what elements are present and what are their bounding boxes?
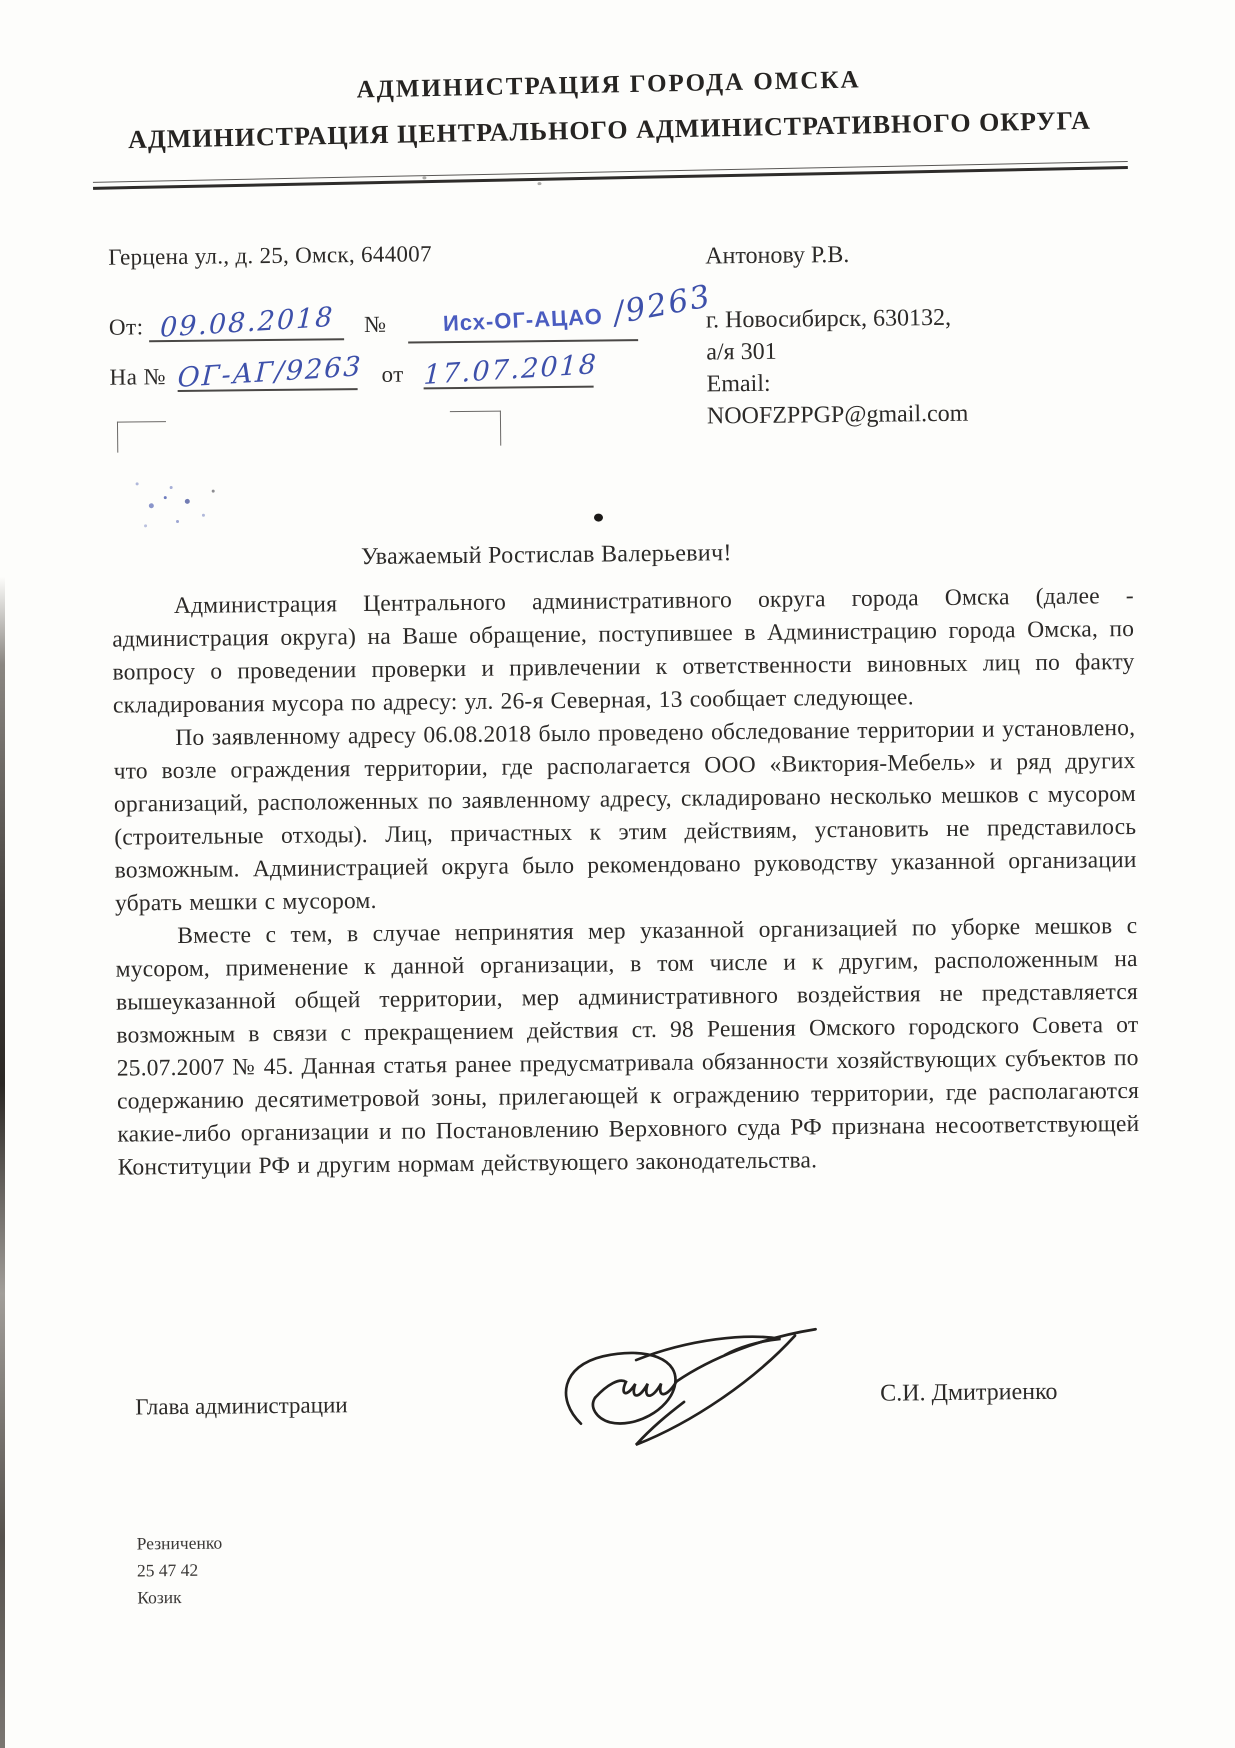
from-date-blank: 09.08.2018	[149, 308, 344, 342]
reply-date-blank: 17.07.2018	[423, 356, 593, 390]
signer-title: Глава администрации	[135, 1392, 348, 1420]
from-label: От:	[109, 314, 144, 339]
reply-label: На №	[109, 364, 166, 390]
executor-name: Резниченко	[137, 1530, 223, 1558]
recipient-name: Антонову Р.В.	[705, 236, 1125, 272]
address-zone-bracket-right	[450, 411, 501, 447]
recipient-email: NOOFZPPGP@gmail.com	[707, 396, 1127, 432]
outgoing-number-stamp: Исх-ОГ-АЦАО	[443, 304, 604, 337]
letter-body: Администрация Центрального административ…	[112, 580, 1140, 1185]
body-paragraph-3: Вместе с тем, в случае непринятия мер ук…	[115, 910, 1140, 1185]
signature-svg	[534, 1319, 846, 1472]
scanned-letter-page: АДМИНИСТРАЦИЯ ГОРОДА ОМСКА АДМИНИСТРАЦИЯ…	[0, 0, 1235, 1748]
org-name-line2: АДМИНИСТРАЦИЯ ЦЕНТРАЛЬНОГО АДМИНИСТРАТИВ…	[0, 103, 1227, 158]
outgoing-reference-line: От: 09.08.2018 № Исх-ОГ-АЦАО/9263	[109, 305, 689, 347]
reply-date-handwritten: 17.07.2018	[423, 349, 599, 391]
executor-name-2: Козик	[137, 1584, 223, 1612]
gray-speck-artifact	[537, 182, 541, 185]
scan-skew-wrapper: АДМИНИСТРАЦИЯ ГОРОДА ОМСКА АДМИНИСТРАЦИЯ…	[0, 0, 1235, 1748]
salutation: Уважаемый Ростислав Валерьевич!	[0, 536, 1097, 575]
executor-footer: Резниченко 25 47 42 Козик	[137, 1530, 223, 1612]
letterhead-divider	[93, 161, 1128, 190]
recipient-email-label: Email:	[706, 364, 1126, 400]
incoming-reference-line: На № ОГ-АГ/9263 от 17.07.2018	[109, 355, 689, 393]
number-label: №	[364, 312, 387, 337]
signer-name: С.И. Дмитриенко	[880, 1379, 1058, 1408]
number-blank: Исх-ОГ-АЦАО/9263	[408, 309, 638, 343]
sender-address: Герцена ул., д. 25, Омск, 644007	[108, 239, 688, 271]
body-paragraph-2: По заявленному адресу 06.08.2018 было пр…	[113, 712, 1137, 921]
sender-block: Герцена ул., д. 25, Омск, 644007 От: 09.…	[108, 239, 690, 393]
reply-number-blank: ОГ-АГ/9263	[178, 358, 358, 392]
body-paragraph-1: Администрация Центрального административ…	[112, 580, 1135, 723]
recipient-city: г. Новосибирск, 630132,	[706, 300, 1126, 336]
from-date-handwritten: 09.08.2018	[159, 302, 335, 344]
scan-dot-artifact	[594, 514, 603, 522]
executor-phone: 25 47 42	[137, 1557, 223, 1585]
address-zone-bracket-left	[117, 421, 166, 453]
gray-speck-artifact	[422, 176, 426, 179]
reply-date-label: от	[381, 362, 404, 387]
scan-edge-artifact	[0, 0, 5, 1748]
letterhead: АДМИНИСТРАЦИЯ ГОРОДА ОМСКА АДМИНИСТРАЦИЯ…	[0, 59, 1228, 192]
outgoing-number-handwritten: /9263	[610, 278, 714, 332]
ink-speckles-artifact	[164, 496, 167, 499]
signature-scribble	[534, 1319, 846, 1472]
reply-number-handwritten: ОГ-АГ/9263	[177, 351, 363, 394]
org-name-line1: АДМИНИСТРАЦИЯ ГОРОДА ОМСКА	[0, 59, 1226, 112]
recipient-po-box: а/я 301	[706, 332, 1126, 368]
recipient-block: Антонову Р.В. г. Новосибирск, 630132, а/…	[705, 236, 1127, 432]
